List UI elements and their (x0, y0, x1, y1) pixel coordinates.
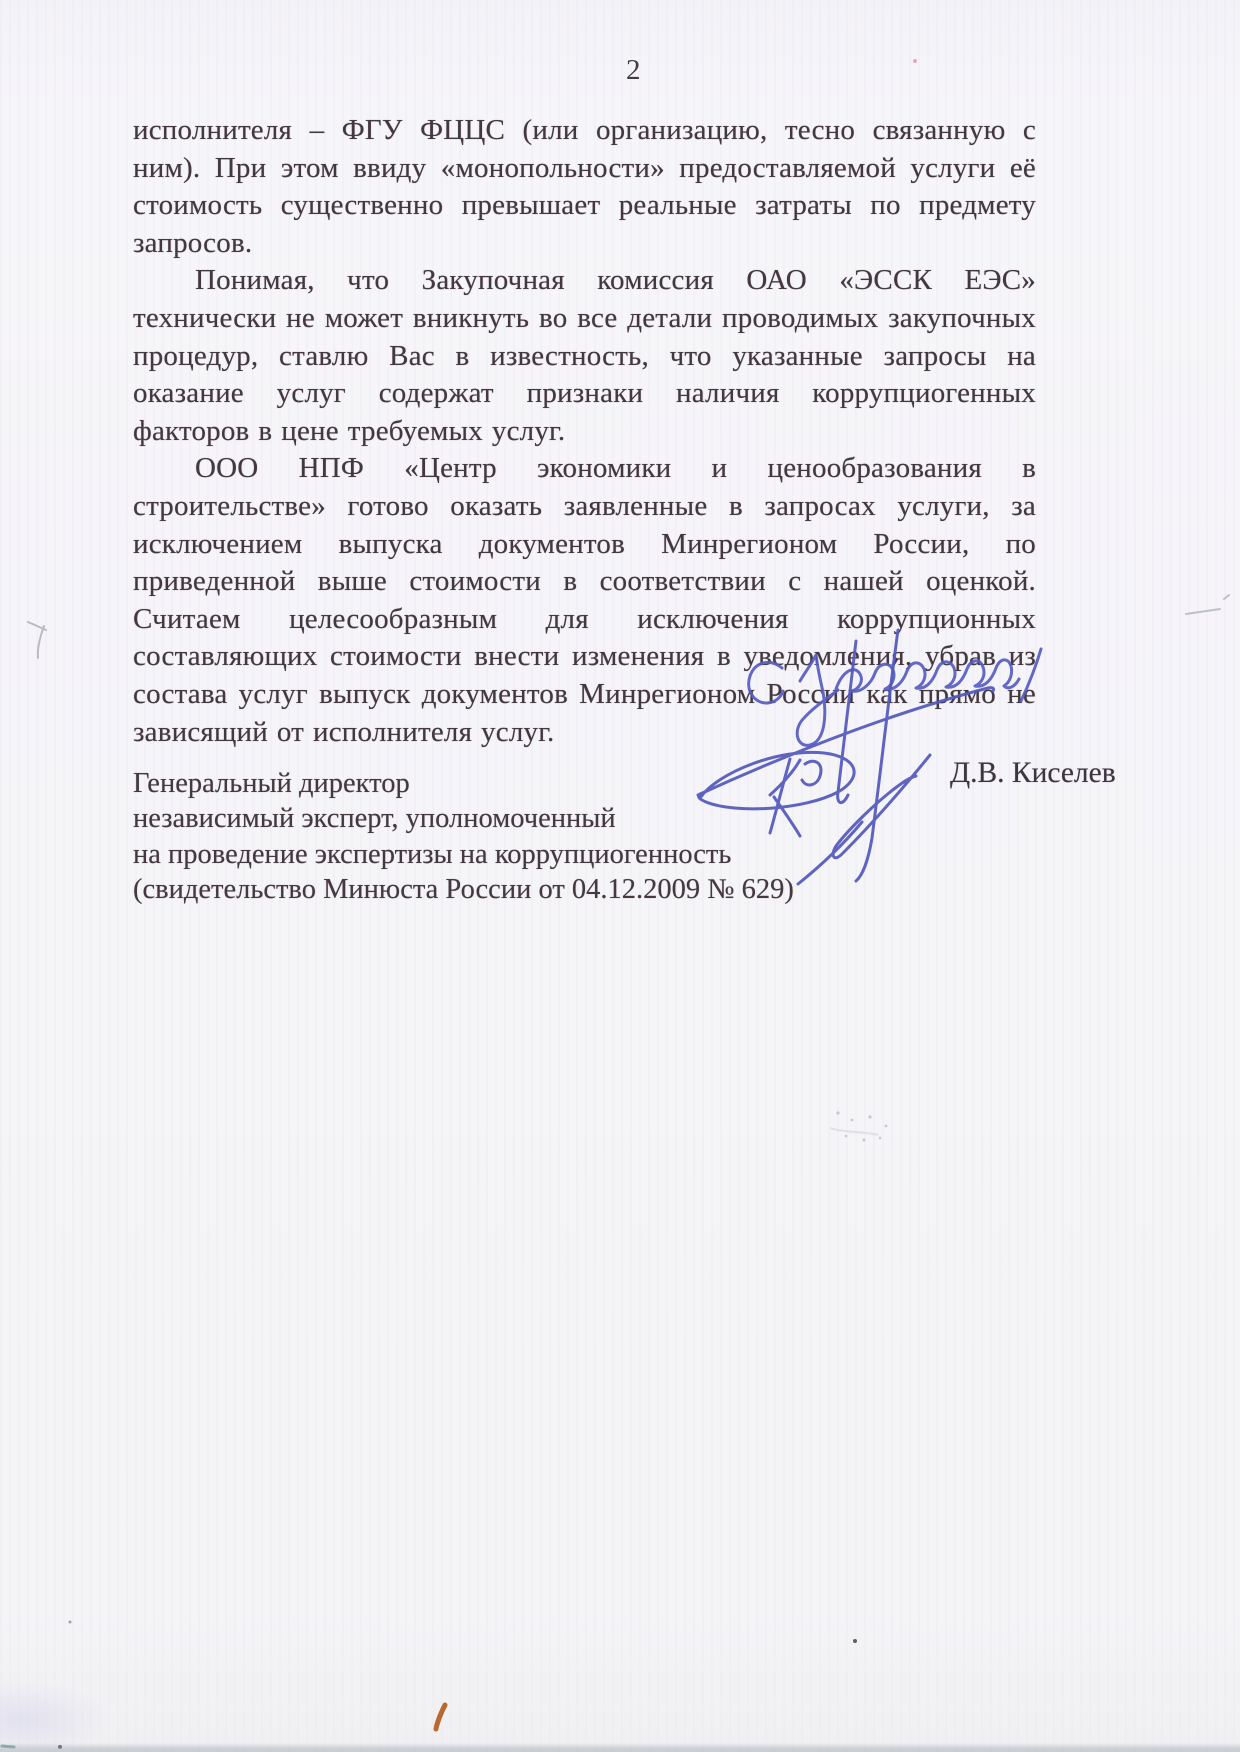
signoff-line: независимый эксперт, уполномоченный (133, 801, 794, 836)
signoff-line: на проведение экспертизы на коррупциоген… (133, 837, 794, 872)
paragraph: ООО НПФ «Центр экономики и ценообразован… (133, 450, 1036, 751)
signoff-line: (свидетельство Минюста России от 04.12.2… (133, 872, 794, 907)
scanned-letter-page: 2 исполнителя – ФГУ ФЦЦС (или организаци… (0, 0, 1240, 1752)
signoff-line: Генеральный директор (133, 766, 794, 801)
scan-artifact-speck (853, 1639, 857, 1643)
paragraph: Понимая, что Закупочная комиссия ОАО «ЭС… (133, 262, 1036, 450)
scan-artifact-speck (69, 1621, 72, 1624)
scan-bottom-edge (0, 1743, 1240, 1752)
paragraph: исполнителя – ФГУ ФЦЦС (или организацию,… (133, 112, 1036, 262)
scan-artifact-pencil-smudge (830, 1111, 887, 1141)
scan-artifact-speck (913, 59, 917, 63)
signoff-block: Генеральный директор независимый эксперт… (133, 766, 794, 908)
letter-body: исполнителя – ФГУ ФЦЦС (или организацию,… (133, 112, 1036, 751)
signer-name: Д.В. Киселев (950, 757, 1116, 789)
page-number: 2 (626, 56, 641, 85)
scan-artifact-orange-fleck (436, 1705, 445, 1729)
scan-artifact-margin-squiggle (28, 622, 46, 658)
scan-corner-tint (0, 1680, 110, 1746)
scan-artifact-right-dash (1186, 595, 1229, 614)
